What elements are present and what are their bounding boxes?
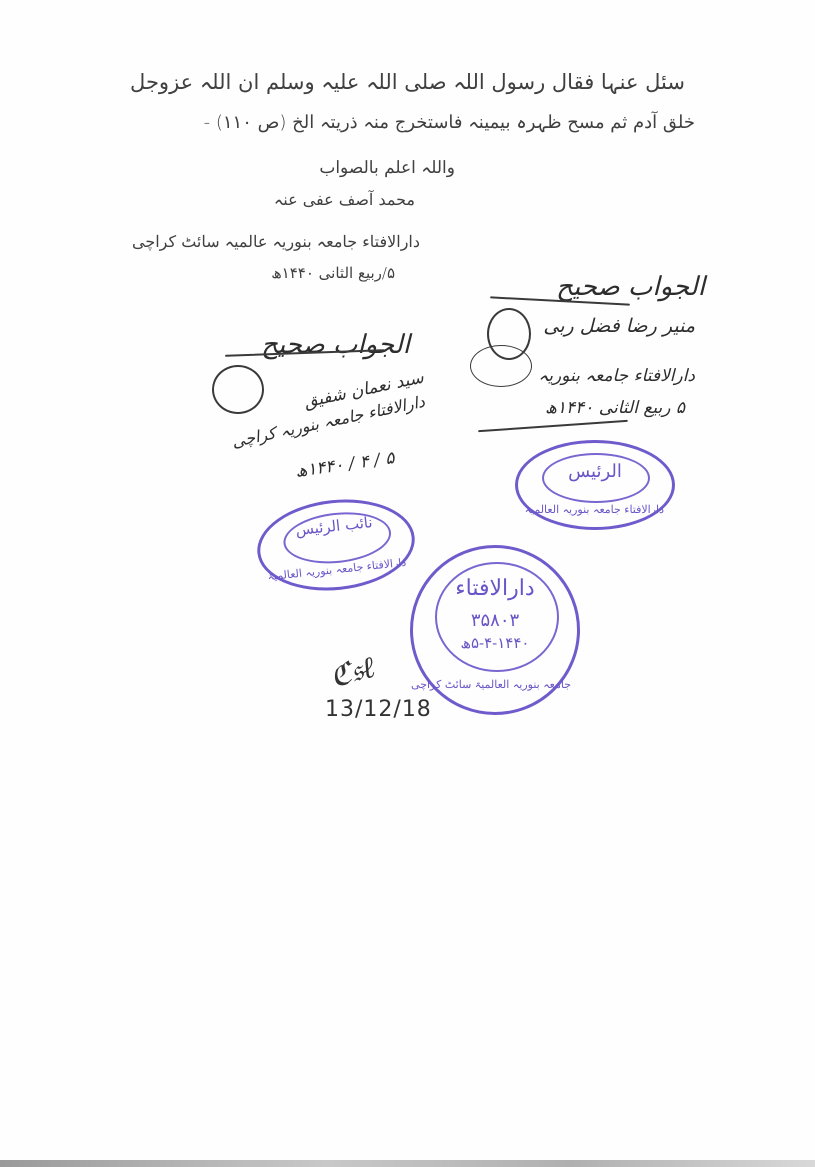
endorsement-1-institution: دارالافتاء جامعہ بنوریہ xyxy=(538,365,695,386)
endorsement-1-name: منیر رضا فضل ربی xyxy=(543,315,695,337)
scanner-edge xyxy=(0,1160,815,1167)
endorsement-1-date-underline xyxy=(478,420,628,432)
rais-stamp-right: الرئیس دارالافتاء جامعہ بنوریہ العالمیۃ xyxy=(515,440,675,530)
body-line-1: سئل عنہا فقال رسول اللہ صلی اللہ علیہ وس… xyxy=(130,70,685,94)
issue-date: ۵/ربیع الثانی ۱۴۴۰ھ xyxy=(271,264,395,282)
mufti-name: محمد آصف عفی عنہ xyxy=(274,190,415,209)
darul-ifta-seal-title: دارالافتاء xyxy=(413,576,577,601)
endorsement-1-heading: الجواب صحیح xyxy=(556,272,705,302)
endorsement-1-loop xyxy=(470,345,532,387)
rais-stamp-left: نائب الرئیس دارالافتاء جامعہ بنوریہ العا… xyxy=(253,492,420,598)
body-line-2: خلق آدم ثم مسح ظہرہ بیمینہ فاستخرج منہ ذ… xyxy=(204,112,695,133)
endorsement-2-heading: الجواب صحیح xyxy=(261,330,410,360)
endorsement-2-flourish xyxy=(212,365,264,414)
darul-ifta-seal-serial: ۳۵۸۰۳ xyxy=(413,610,577,631)
final-signature: ℭ𝔰ℓ xyxy=(326,650,378,695)
scanned-page: سئل عنہا فقال رسول اللہ صلی اللہ علیہ وس… xyxy=(0,0,815,1167)
endorsement-1-date: ۵ ربیع الثانی ۱۴۴۰ھ xyxy=(545,398,685,418)
final-signature-date: 13/12/18 xyxy=(325,697,432,722)
darul-ifta-seal-date: ۵-۴-۱۴۴۰ھ xyxy=(413,634,577,652)
rais-stamp-right-title: الرئیس xyxy=(518,461,672,482)
closing-phrase: واللہ اعلم بالصواب xyxy=(319,157,455,178)
endorsement-2-date: ۵ / ۴ / ۱۴۴۰ھ xyxy=(294,448,396,482)
rais-stamp-right-ring-text: دارالافتاء جامعہ بنوریہ العالمیۃ xyxy=(526,503,664,516)
institution-line: دارالافتاء جامعہ بنوریہ عالمیہ سائٹ کراچ… xyxy=(132,232,420,251)
darul-ifta-seal: دارالافتاء ۳۵۸۰۳ ۵-۴-۱۴۴۰ھ جامعہ بنوریہ … xyxy=(410,545,580,715)
darul-ifta-seal-ring-text: جامعہ بنوریہ العالمیۃ سائٹ کراچی xyxy=(419,678,571,691)
